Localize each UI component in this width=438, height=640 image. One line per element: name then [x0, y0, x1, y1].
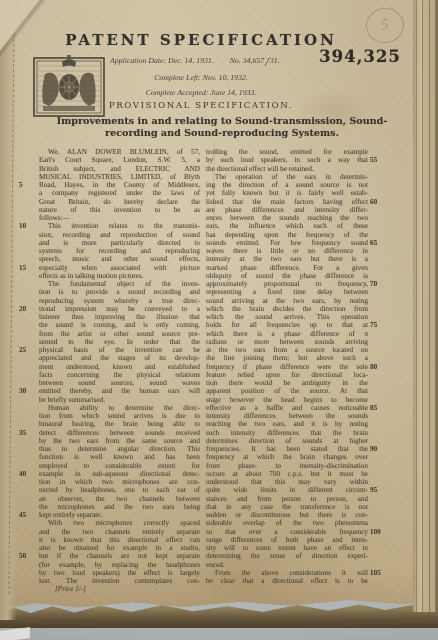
- line-text: emitted thereby, and the human ears will: [39, 387, 200, 395]
- line-text: marked phase difference. For a given: [206, 264, 368, 272]
- complete-left-line: Complete Left: Nov. 10, 1932.: [0, 73, 402, 82]
- text-line: 85effective as a baffle and causes notic…: [206, 404, 368, 412]
- line-text: so that over a considerable frequency: [206, 528, 368, 536]
- text-line: the line joining them; but above such a: [206, 354, 368, 362]
- invention-title-line2: recording and Sound-reproducing Systems.: [22, 128, 422, 139]
- line-number: 80: [370, 363, 389, 371]
- text-line: 75holds for all frequencies up to that a…: [206, 321, 368, 329]
- line-text: sounds emitted. For low frequency sound: [206, 239, 368, 247]
- text-line: intensity differences between the sounds: [206, 412, 368, 420]
- line-text: ears, the influence which each of these: [206, 222, 368, 230]
- text-line: enced.: [206, 561, 368, 569]
- text-line: 30emitted thereby, and the human ears wi…: [39, 387, 200, 395]
- text-line: determines direction of sounds at higher: [206, 437, 368, 445]
- text-line: that in any case the transference is not: [206, 503, 368, 511]
- line-text: stances and from person to person, and: [206, 495, 368, 503]
- line-number: 45: [19, 511, 36, 519]
- text-line: 5Road, Hayes, in the County of Middlesex…: [39, 181, 200, 189]
- scanner-light-sliver: [0, 627, 30, 640]
- line-text: and the two channels entirely separate: [39, 528, 200, 536]
- line-text: sion, recording and reproduction of soun…: [39, 231, 200, 239]
- application-line: Application Date: Dec. 14, 1931.No. 34,6…: [110, 54, 280, 70]
- line-text: Human ability to determine the direc-: [48, 404, 200, 412]
- line-text: understood that this may vary within: [206, 478, 368, 486]
- text-line: 40example in sub-aqueous directional det…: [39, 470, 200, 478]
- text-line: such intensity differences that the brai…: [206, 429, 368, 437]
- line-text: physical basis of the invention can be: [39, 346, 200, 354]
- line-text: follows:—: [39, 214, 70, 222]
- line-number: 100: [370, 528, 389, 536]
- text-line: Earl's Court Square, London, S.W. 5, a: [39, 156, 200, 164]
- text-line: be briefly summarised.: [39, 396, 200, 404]
- line-text: The operation of the ears in determin-: [215, 173, 368, 181]
- text-line: nected by headphones, one to each ear of: [39, 486, 200, 494]
- text-line: 65sounds emitted. For low frequency soun…: [206, 239, 368, 247]
- scanned-patent-page: 5 PATENT SPECIFICATION Application Date:…: [0, 0, 438, 640]
- line-text: be briefly summarised.: [39, 396, 105, 404]
- line-text: ment understood, known and established: [39, 363, 200, 371]
- line-text: which there is a phase difference of π: [206, 330, 368, 338]
- text-line: sented to the eye. In order that the: [39, 338, 200, 346]
- line-text: reproducing system whereby a true direc-: [39, 297, 200, 305]
- text-line: range differences of both phase and inte…: [206, 536, 368, 544]
- text-line: sion, recording and reproduction of soun…: [39, 231, 200, 239]
- complete-accepted-line: Complete Accepted: June 14, 1933.: [0, 88, 402, 97]
- line-text: ing the direction of a sound source is n…: [206, 181, 368, 189]
- line-text: employed to considerable extent for: [39, 462, 200, 470]
- text-line: 55by such loud speakers, in such a way t…: [206, 156, 368, 164]
- line-text: effective as a baffle and causes noticea…: [206, 404, 368, 412]
- text-line: has depending upon the frequency of the: [206, 231, 368, 239]
- line-text: binaural hearing, the brain being able t…: [39, 420, 200, 428]
- text-line: reaching the two ears, and it is by noti…: [206, 420, 368, 428]
- line-text: frequency at which the brain changes ove…: [206, 453, 368, 461]
- line-text: such intensity differences that the brai…: [206, 429, 368, 437]
- text-line: by the two ears from the same source and: [39, 437, 200, 445]
- text-line: Human ability to determine the direc-: [39, 404, 200, 412]
- left-column: We, ALAN DOWER BLUMLEIN, of 57,Earl's Co…: [39, 148, 200, 594]
- text-line: facts concerning the physical relations: [39, 371, 200, 379]
- text-line: understood that this may vary within: [206, 478, 368, 486]
- text-line: 20tional impression may be conveyed to a: [39, 305, 200, 313]
- text-line: the directional effect will be retained.: [206, 165, 368, 173]
- text-line: The operation of the ears in determin-: [206, 173, 368, 181]
- text-line: an observer, the two channels between: [39, 495, 200, 503]
- line-text: enced.: [206, 561, 225, 569]
- line-text: example in sub-aqueous directional detec…: [39, 470, 200, 478]
- text-line: which there is a phase difference of π: [206, 330, 368, 338]
- line-text: but if the channels are not kept separat…: [39, 552, 200, 560]
- text-line: determining the sense of direction exper…: [206, 552, 368, 560]
- text-line: are phase differences and intensity diff…: [206, 206, 368, 214]
- line-text: trolling the sound, emitted for example: [206, 148, 368, 156]
- patent-number: 394,325: [303, 47, 417, 66]
- line-number: 105: [370, 569, 389, 577]
- line-text: tion there would be ambiguity in the: [206, 379, 368, 387]
- text-line: [Price 1/-]: [39, 585, 200, 593]
- line-text: speech, music and other sound effects,: [39, 255, 200, 263]
- line-text: tion is to provide a sound recording and: [39, 288, 200, 296]
- line-text: Earl's Court Square, London, S.W. 5, a: [39, 156, 200, 164]
- text-line: tion there would be ambiguity in the: [206, 379, 368, 387]
- text-line: which the sound arrives. This operation: [206, 313, 368, 321]
- text-line: 60lished that the main factors having ef…: [206, 198, 368, 206]
- text-line: stage however the head begins to become: [206, 396, 368, 404]
- line-text: by the two ears from the same source and: [39, 437, 200, 445]
- line-text: which the brain decides the direction fr…: [206, 305, 368, 313]
- line-text: With two microphones correctly spaced: [48, 519, 200, 527]
- line-text: approximately proportional to frequency,: [206, 280, 368, 288]
- line-text: feature relied upon for directional loca…: [206, 371, 368, 379]
- line-number: 30: [19, 387, 36, 395]
- line-text: from phase- to intensity-discrimination: [206, 462, 368, 470]
- line-text: especially when associated with picture: [39, 264, 200, 272]
- line-text: sity will to some extent have an effect …: [206, 544, 368, 552]
- text-line: systems for recording and reproducing: [39, 247, 200, 255]
- text-line: sudden or discontinuous but there is con…: [206, 511, 368, 519]
- line-text: the directional effect will be retained.: [206, 165, 314, 173]
- text-line: trolling the sound, emitted for example: [206, 148, 368, 156]
- application-number: No. 34,657: [230, 56, 264, 65]
- stacked-page-edges: [413, 0, 438, 612]
- line-text: the microphones and the two ears being: [39, 503, 200, 511]
- line-number: 50: [19, 552, 36, 560]
- text-line: nature of this invention to be as: [39, 206, 200, 214]
- line-number: 15: [19, 264, 36, 272]
- line-text: yet fully known but it is fairly well es…: [206, 189, 368, 197]
- line-text: frequencies. It has been stated that the: [206, 445, 368, 453]
- text-line: and is more particularly directed to: [39, 239, 200, 247]
- text-line: tion in which two microphones are con-: [39, 478, 200, 486]
- text-line: radians or more between sounds arriving: [206, 338, 368, 346]
- line-text: [Price 1/-]: [55, 585, 86, 593]
- line-text: sented to the eye. In order that the: [39, 338, 200, 346]
- right-column: trolling the sound, emitted for example5…: [206, 148, 368, 585]
- line-text: which the sound arrives. This operation: [206, 313, 368, 321]
- line-number: 70: [370, 280, 389, 288]
- text-line: from the artist or other sound source pr…: [39, 330, 200, 338]
- line-number: 90: [370, 445, 389, 453]
- line-number: 65: [370, 239, 389, 247]
- text-line: 25physical basis of the invention can be: [39, 346, 200, 354]
- line-text: a company registered under the laws of: [39, 189, 200, 197]
- text-line: and the two channels entirely separate: [39, 528, 200, 536]
- line-text: between sound sources, sound waves: [39, 379, 200, 387]
- line-text: that in any case the transference is not: [206, 503, 368, 511]
- line-text: kept entirely separate.: [39, 511, 102, 519]
- text-line: 10This invention relates to the transmis…: [39, 222, 200, 230]
- line-text: it is known that this directional effect…: [39, 536, 200, 544]
- line-text: systems for recording and reproducing: [39, 247, 200, 255]
- text-line: ences between the sounds reaching the tw…: [206, 214, 368, 222]
- text-line: binaural hearing, the brain being able t…: [39, 420, 200, 428]
- text-line: by two loud speakers) the effect is larg…: [39, 569, 200, 577]
- line-text: effects as in talking motion pictures.: [39, 272, 143, 280]
- line-number: 60: [370, 198, 389, 206]
- text-line: also be obtained for example in a studio…: [39, 544, 200, 552]
- text-line: at the two ears from a source located on: [206, 346, 368, 354]
- text-line: MUSICAL INDUSTRIES, LIMITED, of Blyth: [39, 173, 200, 181]
- text-line: stances and from person to person, and: [206, 495, 368, 503]
- text-line: 70approximately proportional to frequenc…: [206, 280, 368, 288]
- text-line: function is well known and has been: [39, 453, 200, 461]
- line-number: 85: [370, 404, 389, 412]
- text-line: With two microphones correctly spaced: [39, 519, 200, 527]
- line-text: reaching the two ears, and it is by noti…: [206, 420, 368, 428]
- text-line: sound arriving at the two ears, by notin…: [206, 297, 368, 305]
- line-text: has depending upon the frequency of the: [206, 231, 368, 239]
- text-line: yet fully known but it is fairly well es…: [206, 189, 368, 197]
- line-number: 75: [370, 321, 389, 329]
- text-line: sity will to some extent have an effect …: [206, 544, 368, 552]
- text-line: Great Britain, do hereby declare the: [39, 198, 200, 206]
- line-text: siderable overlap of the two phenomena: [206, 519, 368, 527]
- text-line: marked phase difference. For a given: [206, 264, 368, 272]
- text-line: siderable overlap of the two phenomena: [206, 519, 368, 527]
- text-line: British subject, and ELECTRIC AND: [39, 165, 200, 173]
- line-text: are phase differences and intensity diff…: [206, 206, 368, 214]
- line-text: facts concerning the physical relations: [39, 371, 200, 379]
- line-text: the sound is coming, and is only coming,: [39, 321, 200, 329]
- text-line: occurs at about 700 c.p.s. but it must b…: [206, 470, 368, 478]
- line-text: waves there is little or no difference i…: [206, 247, 368, 255]
- text-line: representing a fixed time delay between: [206, 288, 368, 296]
- line-text: by two loud speakers) the effect is larg…: [39, 569, 200, 577]
- line-text: intensity differences between the sounds: [206, 412, 368, 420]
- line-text: determines direction of sounds at higher: [206, 437, 368, 445]
- text-line: 15especially when associated with pictur…: [39, 264, 200, 272]
- text-line: 100so that over a considerable frequency: [206, 528, 368, 536]
- line-text: (for example, by replacing the headphone…: [39, 561, 200, 569]
- line-text: From the above considerations it will: [215, 569, 368, 577]
- line-number: 25: [19, 346, 36, 354]
- text-line: 80frequency if phase difference were the…: [206, 363, 368, 371]
- line-text: range differences of both phase and inte…: [206, 536, 368, 544]
- line-text: determining the sense of direction exper…: [206, 552, 368, 560]
- text-line: 90frequencies. It has been stated that t…: [206, 445, 368, 453]
- text-line: from phase- to intensity-discrimination: [206, 462, 368, 470]
- text-line: thus to determine angular direction. Thi…: [39, 445, 200, 453]
- text-line: 35detect differences between sounds rece…: [39, 429, 200, 437]
- line-number: 20: [19, 305, 36, 313]
- text-line: (for example, by replacing the headphone…: [39, 561, 200, 569]
- line-text: lished that the main factors having effe…: [206, 198, 368, 206]
- line-text: be clear that a directional effect is to…: [206, 577, 368, 585]
- text-line: apparent position of the source. At that: [206, 387, 368, 395]
- text-line: effects as in talking motion pictures.: [39, 272, 200, 280]
- section-heading: PROVISIONAL SPECIFICATION.: [0, 101, 402, 111]
- line-text: detect differences between sounds receiv…: [39, 429, 200, 437]
- line-text: nature of this invention to be as: [39, 206, 200, 214]
- line-text: holds for all frequencies up to that at: [206, 321, 368, 329]
- line-text: tion in which two microphones are con-: [39, 478, 200, 486]
- text-line: listener thus improving the illusion tha…: [39, 313, 200, 321]
- line-text: at the two ears from a source located on: [206, 346, 368, 354]
- line-text: function is well known and has been: [39, 453, 200, 461]
- line-text: appreciated and the stages of its develo…: [39, 354, 200, 362]
- line-text: Road, Hayes, in the County of Middlesex,: [39, 181, 200, 189]
- line-text: The fundamental object of the inven-: [48, 280, 200, 288]
- invention-title-line1: Improvements in and relating to Sound-tr…: [22, 116, 422, 127]
- line-text: British subject, and ELECTRIC AND: [39, 165, 200, 173]
- line-text: lost. The invention contemplates con-: [39, 577, 200, 585]
- line-text: We, ALAN DOWER BLUMLEIN, of 57,: [48, 148, 200, 156]
- text-line: waves there is little or no difference i…: [206, 247, 368, 255]
- line-number: 55: [370, 156, 389, 164]
- text-line: speech, music and other sound effects,: [39, 255, 200, 263]
- text-line: The fundamental object of the inven-: [39, 280, 200, 288]
- line-text: occurs at about 700 c.p.s. but it must b…: [206, 470, 368, 478]
- line-number: 35: [19, 429, 36, 437]
- application-number-year: 31.: [270, 56, 280, 65]
- line-number: 40: [19, 470, 36, 478]
- line-number: 10: [19, 222, 36, 230]
- line-text: quite wide limits in different circum-: [206, 486, 368, 494]
- text-line: appreciated and the stages of its develo…: [39, 354, 200, 362]
- text-line: a company registered under the laws of: [39, 189, 200, 197]
- line-number: 5: [19, 181, 36, 189]
- text-line: employed to considerable extent for: [39, 462, 200, 470]
- line-text: tional impression may be conveyed to a: [39, 305, 200, 313]
- text-line: intensity at the two ears but there is a: [206, 255, 368, 263]
- line-text: ences between the sounds reaching the tw…: [206, 214, 368, 222]
- text-line: it is known that this directional effect…: [39, 536, 200, 544]
- text-line: frequency at which the brain changes ove…: [206, 453, 368, 461]
- text-line: lost. The invention contemplates con-: [39, 577, 200, 585]
- line-text: sound arriving at the two ears, by notin…: [206, 297, 368, 305]
- line-text: stage however the head begins to become: [206, 396, 368, 404]
- line-text: by such loud speakers, in such a way tha…: [206, 156, 368, 164]
- text-line: 50but if the channels are not kept separ…: [39, 552, 200, 560]
- text-line: ears, the influence which each of these: [206, 222, 368, 230]
- line-text: frequency if phase difference were the s…: [206, 363, 368, 371]
- line-text: tion from which sound arrives is due to: [39, 412, 200, 420]
- line-text: apparent position of the source. At that: [206, 387, 368, 395]
- line-text: listener thus improving the illusion tha…: [39, 313, 200, 321]
- line-text: sudden or discontinuous but there is con…: [206, 511, 368, 519]
- text-line: tion from which sound arrives is due to: [39, 412, 200, 420]
- text-line: follows:—: [39, 214, 200, 222]
- text-line: be clear that a directional effect is to…: [206, 577, 368, 585]
- text-line: ing the direction of a sound source is n…: [206, 181, 368, 189]
- line-text: Great Britain, do hereby declare the: [39, 198, 200, 206]
- line-text: thus to determine angular direction. Thi…: [39, 445, 200, 453]
- text-line: obliquity of sound the phase difference …: [206, 272, 368, 280]
- text-line: reproducing system whereby a true direc-: [39, 297, 200, 305]
- text-line: 45kept entirely separate.: [39, 511, 200, 519]
- text-line: between sound sources, sound waves: [39, 379, 200, 387]
- line-text: radians or more between sounds arriving: [206, 338, 368, 346]
- line-text: and is more particularly directed to: [39, 239, 200, 247]
- text-line: which the brain decides the direction fr…: [206, 305, 368, 313]
- text-line: the microphones and the two ears being: [39, 503, 200, 511]
- text-line: the sound is coming, and is only coming,: [39, 321, 200, 329]
- line-text: intensity at the two ears but there is a: [206, 255, 368, 263]
- text-line: feature relied upon for directional loca…: [206, 371, 368, 379]
- line-text: also be obtained for example in a studio…: [39, 544, 200, 552]
- line-text: an observer, the two channels between: [39, 495, 200, 503]
- line-text: the line joining them; but above such a: [206, 354, 368, 362]
- application-date: Application Date: Dec. 14, 1931.: [110, 56, 214, 65]
- text-line: tion is to provide a sound recording and: [39, 288, 200, 296]
- line-text: from the artist or other sound source pr…: [39, 330, 200, 338]
- line-text: MUSICAL INDUSTRIES, LIMITED, of Blyth: [39, 173, 200, 181]
- text-line: ment understood, known and established: [39, 363, 200, 371]
- text-line: 105From the above considerations it will: [206, 569, 368, 577]
- line-text: nected by headphones, one to each ear of: [39, 486, 200, 494]
- line-number: 95: [370, 486, 389, 494]
- text-line: 95quite wide limits in different circum-: [206, 486, 368, 494]
- line-text: representing a fixed time delay between: [206, 288, 368, 296]
- text-line: We, ALAN DOWER BLUMLEIN, of 57,: [39, 148, 200, 156]
- line-text: This invention relates to the transmis-: [48, 222, 200, 230]
- line-text: obliquity of sound the phase difference …: [206, 272, 368, 280]
